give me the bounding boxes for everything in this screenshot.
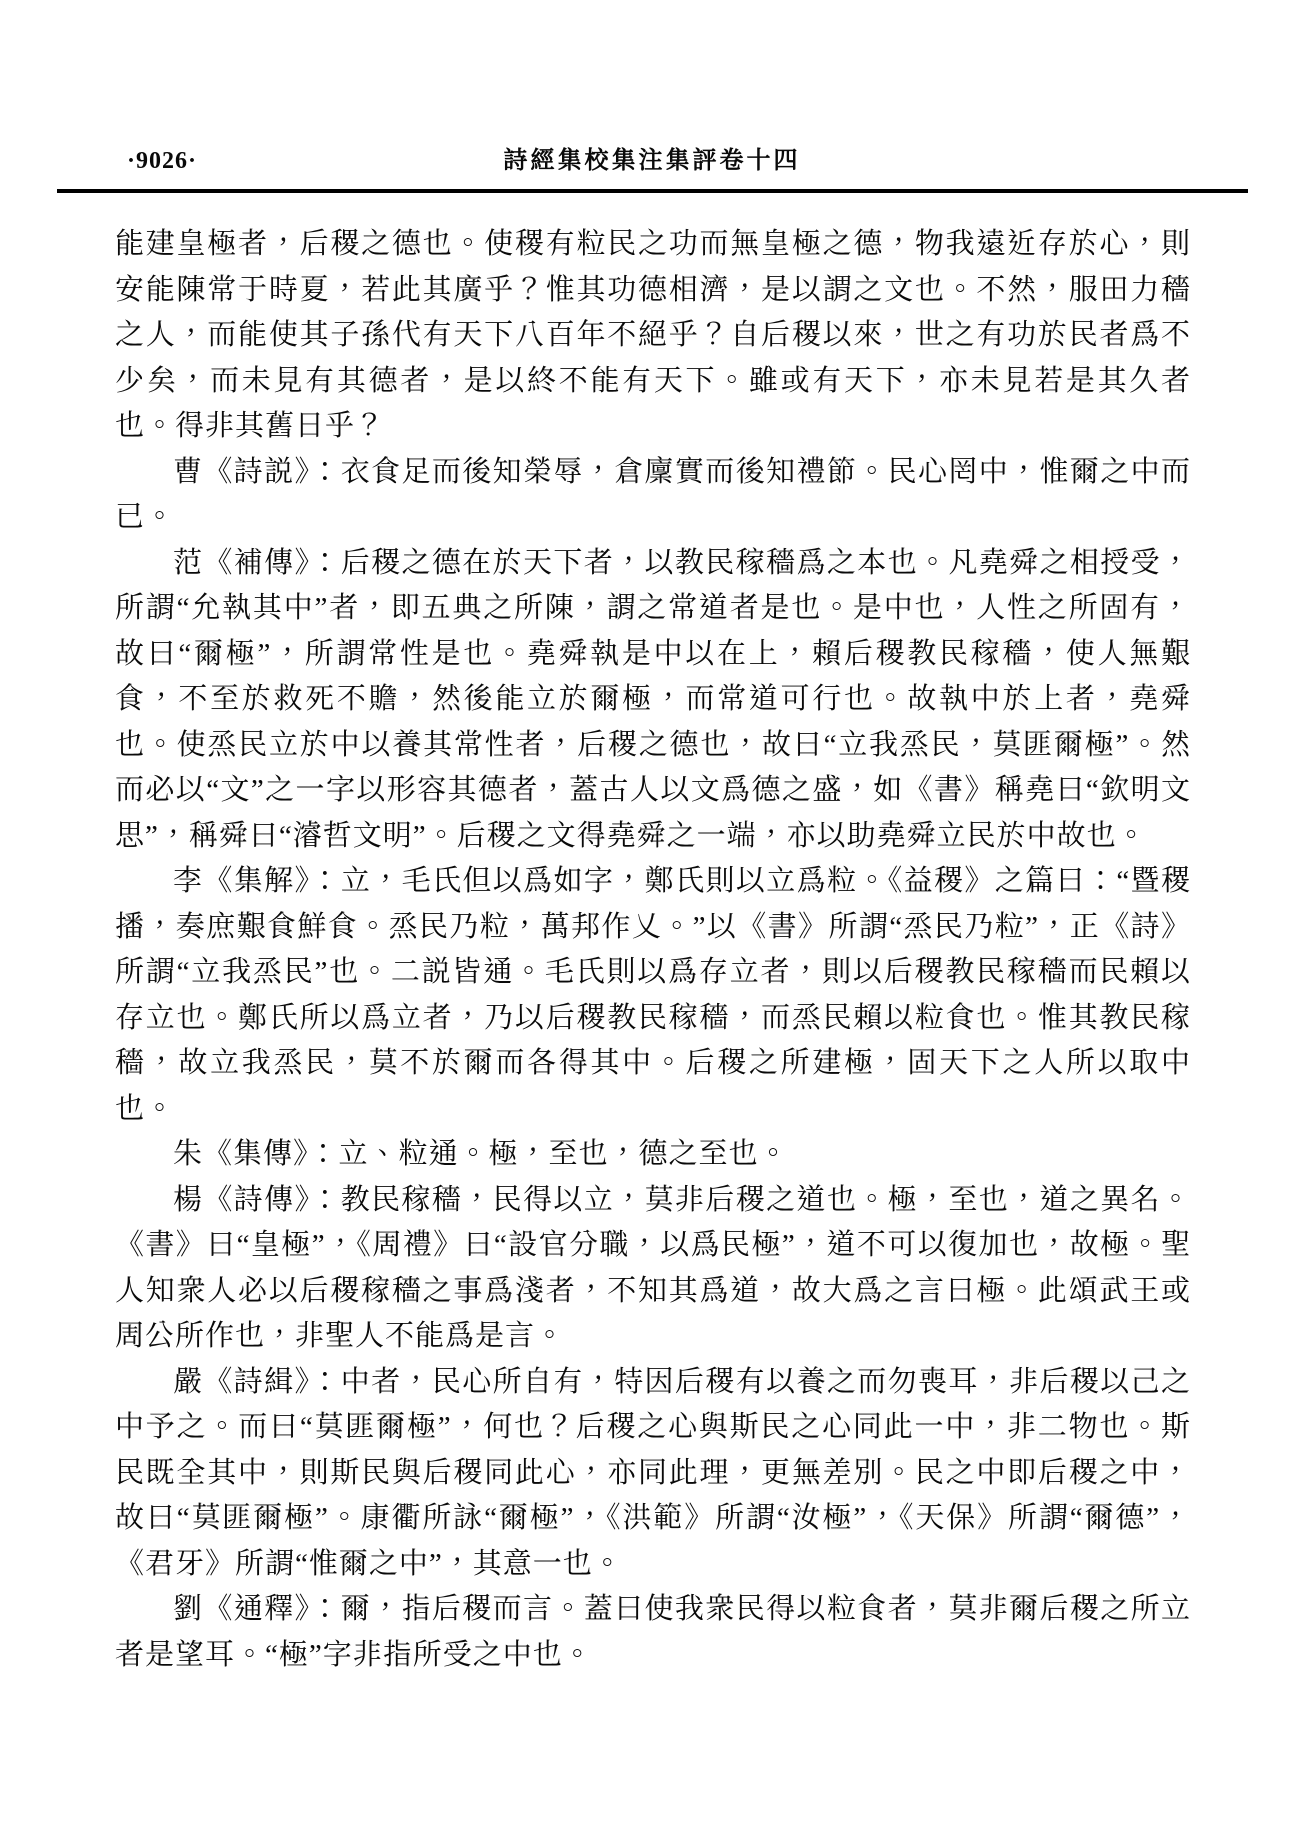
para-fan-buzhuan: 范《補傳》：后稷之德在於天下者，以教民稼穡爲之本也。凡堯舜之相授受，所謂“允執其… [115, 541, 1191, 860]
para-yang-shizhuan: 楊《詩傳》：教民稼穡，民得以立，莫非后稷之道也。極，至也，道之異名。《書》曰“皇… [115, 1178, 1191, 1360]
page-header: ·9026· 詩經集校集注集評卷十四 [57, 142, 1247, 180]
header-rule [57, 189, 1248, 193]
para-cao-shishuo: 曹《詩説》：衣食足而後知榮辱，倉廩實而後知禮節。民心罔中，惟爾之中而已。 [115, 450, 1191, 541]
para-opening-commentary: 能建皇極者，后稷之德也。使稷有粒民之功而無皇極之德，物我遠近存於心，則安能陳常于… [115, 222, 1191, 450]
para-yan-shiji: 嚴《詩緝》：中者，民心所自有，特因后稷有以養之而勿喪耳，非后稷以己之中予之。而曰… [115, 1360, 1191, 1588]
para-li-jijie: 李《集解》：立，毛氏但以爲如字，鄭氏則以立爲粒。《益稷》之篇曰：“暨稷播，奏庶艱… [115, 859, 1191, 1132]
para-zhu-jizhuan: 朱《集傳》：立、粒通。極，至也，德之至也。 [115, 1132, 1191, 1178]
page-body: 能建皇極者，后稷之德也。使稷有粒民之功而無皇極之德，物我遠近存於心，則安能陳常于… [115, 222, 1191, 1678]
running-title: 詩經集校集注集評卷十四 [57, 142, 1247, 180]
para-liu-tongshi: 劉《通釋》：爾，指后稷而言。蓋曰使我衆民得以粒食者，莫非爾后稷之所立者是望耳。“… [115, 1587, 1191, 1678]
book-page: ·9026· 詩經集校集注集評卷十四 能建皇極者，后稷之德也。使稷有粒民之功而無… [0, 0, 1300, 1827]
